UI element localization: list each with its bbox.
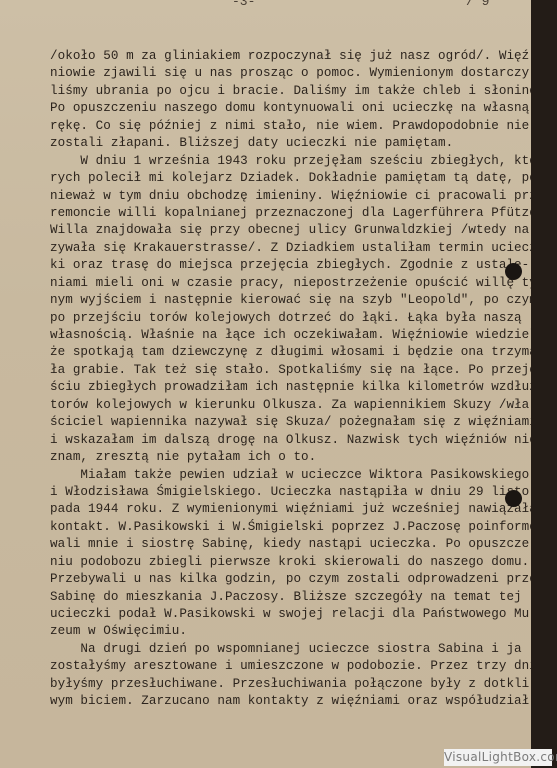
text-line: ki oraz trasę do miejsca przejęcia zbieg… <box>50 257 520 274</box>
page-number: -3- <box>232 0 255 9</box>
text-line: Miałam także pewien udział w ucieczce Wi… <box>50 467 520 484</box>
text-line: Na drugi dzień po wspomnianej ucieczce s… <box>50 641 520 658</box>
text-line: i wskazałam im dalszą drogę na Olkusz. N… <box>50 432 520 449</box>
text-line: niowie zjawili się u nas prosząc o pomoc… <box>50 65 520 82</box>
text-line: własnością. Właśnie na łące ich oczekiwa… <box>50 327 520 344</box>
text-line: Przebywali u nas kilka godzin, po czym z… <box>50 571 520 588</box>
background-edge <box>531 0 557 768</box>
text-line: liśmy ubrania po ojcu i bracie. Daliśmy … <box>50 83 520 100</box>
text-line: że spotkają tam dziewczynę z długimi wło… <box>50 344 520 361</box>
text-line: niami mieli oni w czasie pracy, niepostr… <box>50 275 520 292</box>
text-line: wym biciem. Zarzucano nam kontakty z wię… <box>50 693 520 710</box>
text-line: niu podobozu zbiegli pierwsze kroki skie… <box>50 554 520 571</box>
text-line: rękę. Co się później z nimi stało, nie w… <box>50 118 520 135</box>
text-line: i Włodzisława Śmigielskiego. Ucieczka na… <box>50 484 520 501</box>
text-line: kontakt. W.Pasikowski i W.Śmigielski pop… <box>50 519 520 536</box>
document-page: -3- / 9 /około 50 m za gliniakiem rozpoc… <box>0 0 531 768</box>
text-line: remoncie willi kopalnianej przeznaczonej… <box>50 205 520 222</box>
text-line: Sabinę do mieszkania J.Paczosy. Bliższe … <box>50 589 520 606</box>
text-line: zostałyśmy aresztowane i umieszczone w p… <box>50 658 520 675</box>
text-line: rych polecił mi kolejarz Dziadek. Dokład… <box>50 170 520 187</box>
text-line: ściciel wapiennika nazywał się Skuza/ po… <box>50 414 520 431</box>
text-line: znam, zresztą nie pytałam ich o to. <box>50 449 520 466</box>
text-line: zostali złapani. Bliższej daty ucieczki … <box>50 135 520 152</box>
punch-hole-icon <box>505 263 522 280</box>
text-line: Willa znajdowała się przy obecnej ulicy … <box>50 222 520 239</box>
corner-mark: / 9 <box>466 0 489 9</box>
text-line: pada 1944 roku. Z wymienionymi więźniami… <box>50 501 520 518</box>
text-line: torów kolejowych w kierunku Olkusza. Za … <box>50 397 520 414</box>
text-line: po przejściu torów kolejowych dotrzeć do… <box>50 310 520 327</box>
text-line: /około 50 m za gliniakiem rozpoczynał si… <box>50 48 520 65</box>
text-line: Po opuszczeniu naszego domu kontynuowali… <box>50 100 520 117</box>
text-line: zeum w Oświęcimiu. <box>50 623 520 640</box>
text-line: ła grabie. Tak też się stało. Spotkaliśm… <box>50 362 520 379</box>
text-line: nieważ w tym dniu obchodzę imieniny. Wię… <box>50 188 520 205</box>
text-line: W dniu 1 września 1943 roku przejęłam sz… <box>50 153 520 170</box>
watermark: VisualLightBox.com <box>444 749 552 766</box>
text-line: wali mnie i siostrę Sabinę, kiedy nastąp… <box>50 536 520 553</box>
text-line: zywała się Krakauerstrasse/. Z Dziadkiem… <box>50 240 520 257</box>
text-line: nym wyjściem i następnie kierować się na… <box>50 292 520 309</box>
text-line: ucieczki podał W.Pasikowski w swojej rel… <box>50 606 520 623</box>
punch-hole-icon <box>505 490 522 507</box>
text-line: ściu zbiegłych prowadziłam ich następnie… <box>50 379 520 396</box>
text-line: byłyśmy przesłuchiwane. Przesłuchiwania … <box>50 676 520 693</box>
typewritten-body: /około 50 m za gliniakiem rozpoczynał si… <box>50 48 520 711</box>
